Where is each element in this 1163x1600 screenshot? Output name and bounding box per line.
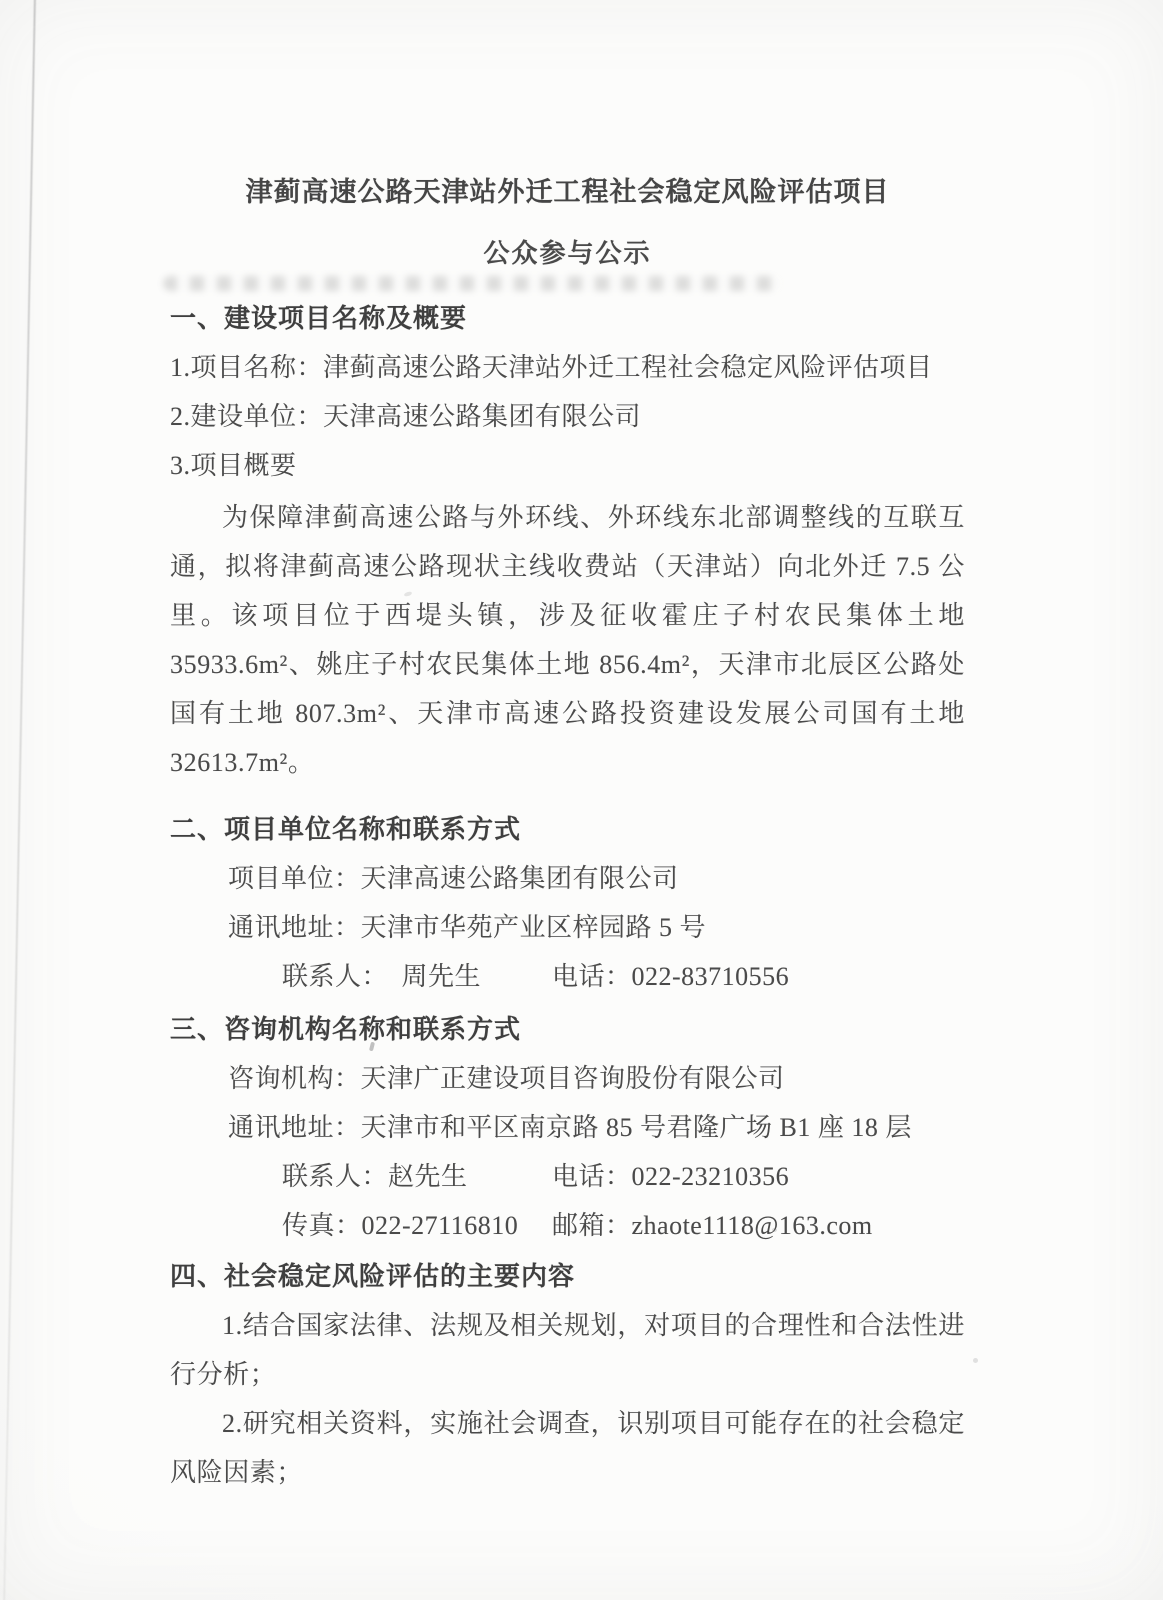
consultant-contact-row: 联系人：赵先生 电话：022-23210356 — [170, 1152, 965, 1201]
project-unit-contact-person: 联系人： 周先生 — [282, 952, 552, 1001]
scanned-document-page: 津蓟高速公路天津站外迁工程社会稳定风险评估项目 公众参与公示 一、建设项目名称及… — [0, 0, 1163, 1600]
section-assessment-heading: 四、社会稳定风险评估的主要内容 — [170, 1252, 965, 1301]
section-consultant-heading: 三、咨询机构名称和联系方式 — [170, 1005, 965, 1054]
project-unit-contact-row: 联系人： 周先生 电话：022-83710556 — [170, 952, 965, 1001]
scan-speck-artifact — [973, 1358, 978, 1363]
section-consultant-contact: 三、咨询机构名称和联系方式 咨询机构：天津广正建设项目咨询股份有限公司 通讯地址… — [170, 1005, 965, 1250]
section-assessment-content: 四、社会稳定风险评估的主要内容 1.结合国家法律、法规及相关规划，对项目的合理性… — [170, 1252, 965, 1497]
section-project-unit-heading: 二、项目单位名称和联系方式 — [170, 805, 965, 854]
document-title: 津蓟高速公路天津站外迁工程社会稳定风险评估项目 — [170, 172, 965, 212]
project-summary-paragraph: 为保障津蓟高速公路与外环线、外环线东北部调整线的互联互通，拟将津蓟高速公路现状主… — [170, 493, 965, 787]
document-content: 津蓟高速公路天津站外迁工程社会稳定风险评估项目 公众参与公示 一、建设项目名称及… — [170, 0, 965, 1497]
project-summary-label: 3.项目概要 — [170, 441, 965, 490]
assessment-item-1: 1.结合国家法律、法规及相关规划，对项目的合理性和合法性进行分析； — [170, 1301, 965, 1399]
section-project-unit-contact: 二、项目单位名称和联系方式 项目单位：天津高速公路集团有限公司 通讯地址：天津市… — [170, 805, 965, 1001]
section-overview-heading: 一、建设项目名称及概要 — [170, 294, 965, 343]
project-unit-line: 项目单位：天津高速公路集团有限公司 — [170, 854, 965, 903]
construction-unit-line: 2.建设单位：天津高速公路集团有限公司 — [170, 392, 965, 441]
project-unit-phone: 电话：022-83710556 — [552, 952, 789, 1001]
consultant-fax: 传真：022-27116810 — [282, 1201, 552, 1250]
consultant-address-line: 通讯地址：天津市和平区南京路 85 号君隆广场 B1 座 18 层 — [170, 1103, 965, 1152]
scan-crease-artifact — [3, 0, 36, 1600]
project-unit-address-line: 通讯地址：天津市华苑产业区梓园路 5 号 — [170, 903, 965, 952]
consultant-fax-email-row: 传真：022-27116810 邮箱：zhaote1118@163.com — [170, 1201, 965, 1250]
project-name-line: 1.项目名称：津蓟高速公路天津站外迁工程社会稳定风险评估项目 — [170, 343, 965, 392]
assessment-item-2: 2.研究相关资料，实施社会调查，识别项目可能存在的社会稳定风险因素； — [170, 1399, 965, 1497]
consultant-phone: 电话：022-23210356 — [552, 1152, 789, 1201]
section-project-overview: 一、建设项目名称及概要 1.项目名称：津蓟高速公路天津站外迁工程社会稳定风险评估… — [170, 294, 965, 787]
consultant-email: 邮箱：zhaote1118@163.com — [552, 1201, 873, 1250]
document-subtitle: 公众参与公示 — [170, 234, 965, 274]
consultant-agency-line: 咨询机构：天津广正建设项目咨询股份有限公司 — [170, 1054, 965, 1103]
consultant-contact-person: 联系人：赵先生 — [282, 1152, 552, 1201]
